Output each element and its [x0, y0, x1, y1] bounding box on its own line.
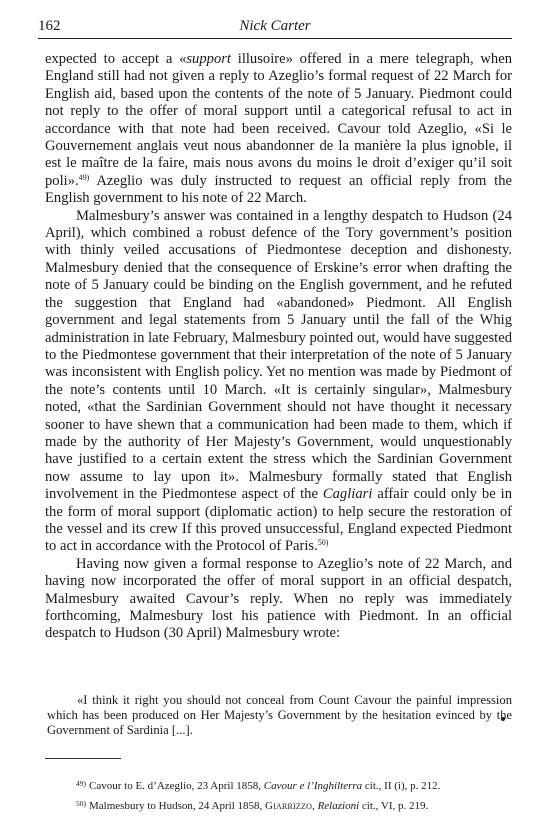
text-segment: illusoire» offered in a mere telegraph, …	[45, 51, 512, 189]
header-rule	[38, 38, 512, 39]
footnote-ref-50[interactable]: 50)	[318, 538, 329, 547]
book-page: 162 Nick Carter expected to accept a «su…	[0, 0, 550, 831]
footnote-text: cit., VI, p. 219.	[359, 800, 428, 812]
paragraph-1: expected to accept a «support illusoire»…	[45, 51, 512, 208]
footnote-title-italic: Relazioni	[318, 800, 360, 812]
body-text: expected to accept a «support illusoire»…	[45, 51, 512, 643]
italic-term-cagliari: Cagliari	[323, 486, 372, 502]
running-title: Nick Carter	[38, 16, 512, 36]
footnote-text: Malmesbury to Hudson, 24 April 1858,	[89, 800, 265, 812]
footnote-number: 49)	[76, 779, 86, 788]
text-segment: expected to accept a «	[45, 51, 186, 67]
text-segment: Azeglio was duly instructed to request a…	[45, 173, 512, 206]
text-segment: Malmesbury’s answer was contained in a l…	[45, 208, 512, 503]
footnote-number: 50)	[76, 799, 86, 808]
footnote-title-italic: Cavour e l’Inghilterra	[264, 780, 362, 792]
block-quote: «I think it right you should not conceal…	[47, 693, 512, 737]
footnote-text: Cavour to E. d’Azeglio, 23 April 1858,	[89, 780, 264, 792]
footnote-ref-49[interactable]: 49)	[79, 173, 90, 182]
footnote-text: cit., II (i), p. 212.	[362, 780, 440, 792]
scan-artifact-dot	[501, 717, 505, 721]
paragraph-3: Having now given a formal response to Az…	[45, 556, 512, 643]
footnote-50: 50)Malmesbury to Hudson, 24 April 1858, …	[76, 795, 516, 815]
footnote-rule	[45, 758, 121, 759]
footnote-author-smallcaps: Giarrizzo	[265, 800, 312, 812]
block-quote-text: «I think it right you should not conceal…	[47, 693, 512, 737]
text-segment: Having now given a formal response to Az…	[45, 556, 512, 642]
italic-term-support: support	[186, 51, 231, 67]
running-head: 162 Nick Carter	[38, 16, 512, 38]
paragraph-2: Malmesbury’s answer was contained in a l…	[45, 208, 512, 556]
footnote-49: 49)Cavour to E. d’Azeglio, 23 April 1858…	[76, 775, 516, 795]
footnotes: 49)Cavour to E. d’Azeglio, 23 April 1858…	[76, 775, 516, 815]
